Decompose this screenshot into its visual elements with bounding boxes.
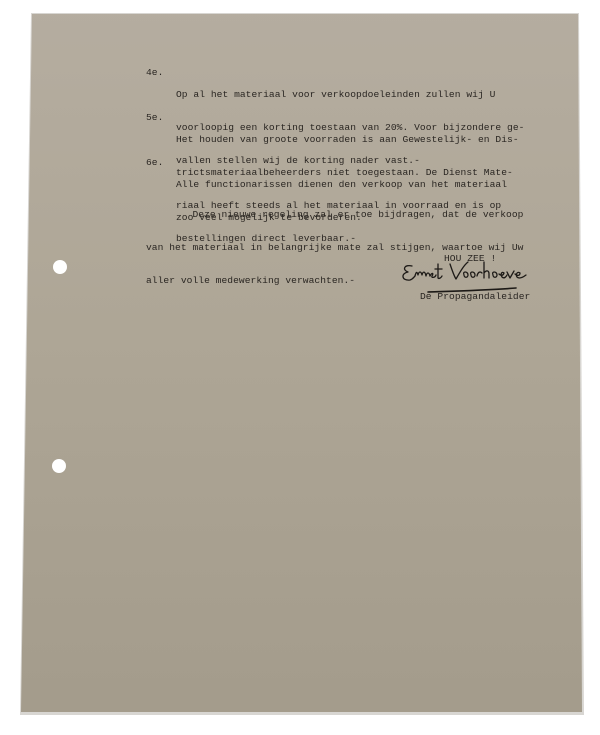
list-item-4e: 4e. Op al het materiaal voor verkoopdoel… xyxy=(146,67,158,100)
closing-line: Deze nieuwe regeling zal er toe bijdrage… xyxy=(146,209,523,220)
item-number: 6e. xyxy=(146,157,163,168)
list-item-5e: 5e. Het houden van groote voorraden is a… xyxy=(146,112,158,145)
handwritten-signature-icon xyxy=(398,258,548,300)
punch-hole-top xyxy=(53,260,67,274)
item-line: Op al het materiaal voor verkoopdoeleind… xyxy=(176,89,524,100)
punch-hole-bottom xyxy=(52,459,66,473)
item-number: 5e. xyxy=(146,112,163,123)
item-number: 4e. xyxy=(146,67,163,78)
item-line: Het houden van groote voorraden is aan G… xyxy=(176,134,519,145)
list-item-6e: 6e. Alle functionarissen dienen den verk… xyxy=(146,157,158,190)
